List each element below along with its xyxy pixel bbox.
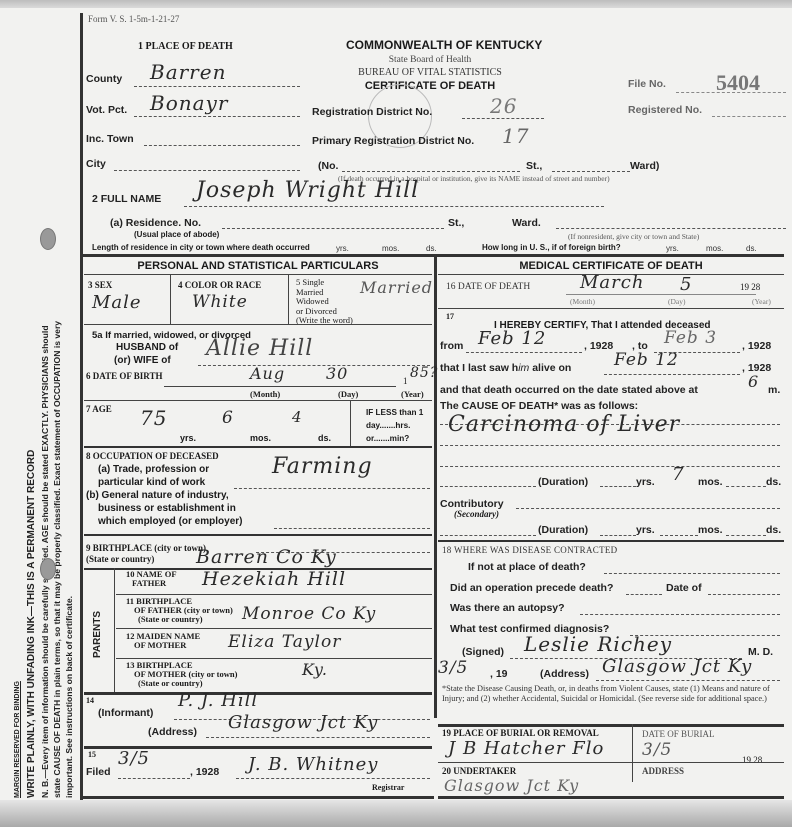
date-of-death-day: 5 bbox=[680, 274, 692, 295]
city-label: City bbox=[86, 158, 106, 170]
full-name-value: Joseph Wright Hill bbox=[196, 178, 419, 203]
occ-b-label-3: which employed (or employer) bbox=[98, 516, 242, 527]
sex-value: Male bbox=[92, 292, 142, 313]
occ-a-label-1: (a) Trade, profession or bbox=[98, 464, 209, 475]
age-months: 6 bbox=[222, 408, 234, 428]
duration-ds-label: ds. bbox=[766, 476, 781, 488]
signed-label: (Signed) bbox=[462, 646, 504, 658]
punch-hole bbox=[40, 228, 56, 250]
race-value: White bbox=[192, 292, 248, 312]
attended-from-label: from bbox=[440, 340, 463, 352]
less-than-day-box: IF LESS than 1 day.......hrs. or.......m… bbox=[366, 406, 423, 445]
filed-date: 3/5 bbox=[118, 748, 150, 769]
personal-heading: PERSONAL AND STATISTICAL PARTICULARS bbox=[84, 260, 432, 272]
registrar-label: Registrar bbox=[372, 783, 404, 792]
street-st-label: St., bbox=[526, 160, 542, 172]
informant-num: 14 bbox=[86, 696, 94, 705]
parents-label: PARENTS bbox=[92, 611, 103, 658]
length-residence-label: Length of residence in city or town wher… bbox=[92, 243, 310, 252]
marital-status-value: Married bbox=[360, 278, 433, 297]
duration-months-value: 7 bbox=[672, 464, 684, 485]
board-of-health: State Board of Health bbox=[340, 55, 520, 65]
death-certificate: MARGIN RESERVED FOR BINDING WRITE PLAINL… bbox=[0, 8, 792, 808]
burial-date-year: 19 28 bbox=[742, 755, 762, 765]
duration-label: (Duration) bbox=[538, 476, 588, 488]
informant-value: P. J. Hill bbox=[178, 690, 258, 711]
column-divider bbox=[434, 256, 437, 718]
date-of-death-month: March bbox=[580, 272, 644, 293]
occupation-value: Farming bbox=[272, 454, 373, 479]
contrib-mos-label: mos. bbox=[698, 524, 723, 536]
burial-date-label: DATE OF BURIAL bbox=[642, 729, 715, 739]
us-mos-label: mos. bbox=[706, 244, 723, 253]
street-no-label: (No. bbox=[318, 160, 338, 172]
primary-reg-label: Primary Registration District No. bbox=[312, 135, 474, 147]
registrar-signature: J. B. Whitney bbox=[248, 754, 378, 775]
undertaker-value: Glasgow Jct Ky bbox=[444, 776, 579, 795]
last-saw-label: that I last saw him alive on bbox=[440, 362, 571, 374]
dod-year-caption: (Year) bbox=[752, 297, 771, 306]
operation-label: Did an operation precede death? bbox=[450, 582, 613, 594]
birthplace-value: Barren Co Ky bbox=[196, 546, 337, 568]
last-saw-value: Feb 12 bbox=[614, 350, 679, 370]
cause-footnote: *State the Disease Causing Death, or, in… bbox=[442, 684, 778, 703]
nonresident-note: (If nonresident, give city or town and S… bbox=[568, 232, 699, 241]
death-time-value: 6 bbox=[748, 372, 759, 391]
us-ds-label: ds. bbox=[746, 244, 757, 253]
spouse-label-2: HUSBAND of bbox=[116, 342, 178, 353]
not-at-place-label: If not at place of death? bbox=[468, 561, 586, 573]
month-caption: (Month) bbox=[250, 389, 280, 399]
marital-status-label: 5 Single Married Widowed or Divorced (Wr… bbox=[296, 278, 353, 326]
margin-reserved-note: MARGIN RESERVED FOR BINDING bbox=[14, 681, 21, 798]
reg-district-value: 26 bbox=[490, 94, 517, 118]
frame-left bbox=[80, 13, 83, 803]
occupation-heading: 8 OCCUPATION OF DECEASED bbox=[86, 451, 219, 461]
physician-address-value: Glasgow Jct Ky bbox=[602, 656, 752, 677]
cause-of-death-label: The CAUSE OF DEATH* was as follows: bbox=[440, 400, 638, 412]
length-yrs-label: yrs. bbox=[336, 244, 349, 253]
length-mos-label: mos. bbox=[382, 244, 399, 253]
residence-st-label: St., bbox=[448, 217, 464, 229]
father-birthplace-label: 11 BIRTHPLACE OF FATHER (city or town) (… bbox=[126, 597, 233, 624]
mother-maiden-label: 12 MAIDEN NAME OF MOTHER bbox=[126, 632, 200, 650]
cause-of-death-value: Carcinoma of Liver bbox=[448, 412, 680, 437]
spouse-label-3: (or) WIFE of bbox=[114, 355, 171, 366]
dob-month: Aug bbox=[250, 364, 285, 383]
county-value: Barren bbox=[150, 60, 226, 84]
inc-town-label: Inc. Town bbox=[86, 133, 134, 145]
dod-month-caption: (Month) bbox=[570, 297, 595, 306]
burial-place-value: J B Hatcher Flo bbox=[448, 738, 604, 759]
contrib-duration-label: (Duration) bbox=[538, 524, 588, 536]
us-yrs-label: yrs. bbox=[666, 244, 679, 253]
foreign-birth-label: How long in U. S., if of foreign birth? bbox=[482, 243, 621, 252]
birthplace-label: 9 BIRTHPLACE (city or town) bbox=[86, 543, 206, 553]
attended-to-year: , 1928 bbox=[742, 340, 771, 352]
attended-from-year: , 1928 bbox=[584, 340, 613, 352]
race-label: 4 COLOR OR RACE bbox=[178, 280, 261, 290]
age-label: 7 AGE bbox=[86, 404, 112, 414]
undertaker-address-label: ADDRESS bbox=[642, 766, 684, 776]
signed-date: 3/5 bbox=[438, 658, 468, 678]
file-no-label: File No. bbox=[628, 78, 666, 90]
father-name-value: Hezekiah Hill bbox=[202, 568, 346, 590]
burial-place-label: 19 PLACE OF BURIAL OR REMOVAL bbox=[442, 728, 599, 738]
binding-margin: MARGIN RESERVED FOR BINDING WRITE PLAINL… bbox=[0, 8, 78, 808]
punch-hole bbox=[40, 558, 56, 580]
filed-num: 15 bbox=[88, 750, 96, 759]
attended-from-value: Feb 12 bbox=[478, 328, 546, 349]
age-years: 75 bbox=[140, 406, 167, 430]
contrib-ds-label: ds. bbox=[766, 524, 781, 536]
filed-label: Filed bbox=[86, 766, 111, 778]
instruction-line-3: important. See instructions on back of c… bbox=[64, 596, 74, 798]
dob-year-prefix: 1 bbox=[403, 376, 408, 386]
occ-b-label-1: (b) General nature of industry, bbox=[86, 490, 229, 501]
mother-birthplace-label: 13 BIRTHPLACE OF MOTHER (city or town) (… bbox=[126, 661, 237, 688]
registered-no-label: Registered No. bbox=[628, 104, 702, 116]
ward-label: Ward) bbox=[630, 160, 659, 172]
section-divider bbox=[82, 254, 784, 257]
certificate-title: CERTIFICATE OF DEATH bbox=[340, 80, 520, 92]
instruction-line-2: state CAUSE OF DEATH in plain terms, so … bbox=[52, 321, 62, 798]
usual-place-note: (Usual place of abode) bbox=[134, 230, 219, 239]
residence-label: (a) Residence. No. bbox=[110, 217, 201, 229]
age-days: 4 bbox=[292, 408, 303, 426]
age-mos-label: mos. bbox=[250, 433, 271, 443]
medical-heading: MEDICAL CERTIFICATE OF DEATH bbox=[438, 260, 784, 272]
dob-day: 30 bbox=[326, 364, 348, 383]
secondary-label: (Secondary) bbox=[454, 509, 499, 519]
year-caption: (Year) bbox=[401, 389, 424, 399]
father-name-label: 10 NAME OF FATHER bbox=[126, 570, 177, 588]
autopsy-label: Was there an autopsy? bbox=[450, 602, 565, 614]
disease-contracted-heading: 18 WHERE WAS DISEASE CONTRACTED bbox=[442, 545, 617, 555]
day-caption: (Day) bbox=[338, 389, 358, 399]
undertaker-label: 20 UNDERTAKER bbox=[442, 766, 516, 776]
dob-year: 85? bbox=[410, 365, 438, 381]
full-name-label: 2 FULL NAME bbox=[92, 193, 161, 205]
mother-birthplace-value: Ky. bbox=[302, 660, 328, 679]
operation-date-label: Date of bbox=[666, 582, 702, 594]
age-yrs-label: yrs. bbox=[180, 433, 196, 443]
duration-yrs-label: yrs. bbox=[636, 476, 655, 488]
file-no-value: 5404 bbox=[716, 70, 760, 96]
physician-address-label: (Address) bbox=[540, 668, 589, 680]
burial-date-value: 3/5 bbox=[642, 740, 672, 760]
commonwealth-title: COMMONWEALTH OF KENTUCKY bbox=[346, 38, 542, 52]
informant-address-label: (Address) bbox=[148, 726, 197, 738]
death-time-label: and that death occurred on the date stat… bbox=[440, 384, 698, 396]
spouse-value: Allie Hill bbox=[206, 336, 313, 361]
contrib-yrs-label: yrs. bbox=[636, 524, 655, 536]
physician-signature: Leslie Richey bbox=[524, 632, 672, 656]
filed-year: , 1928 bbox=[190, 766, 219, 778]
dob-label: 6 DATE OF BIRTH bbox=[86, 371, 162, 381]
death-time-suffix: m. bbox=[768, 384, 780, 396]
write-plainly-note: WRITE PLAINLY, WITH UNFADING INK—THIS IS… bbox=[26, 450, 37, 798]
age-ds-label: ds. bbox=[318, 433, 331, 443]
scan-bottom-edge bbox=[0, 800, 792, 827]
date-of-death-year: 19 28 bbox=[740, 282, 760, 292]
length-ds-label: ds. bbox=[426, 244, 437, 253]
bureau-title: BUREAU OF VITAL STATISTICS bbox=[330, 67, 530, 78]
county-label: County bbox=[86, 73, 122, 85]
form-id: Form V. S. 1-5m-1-21-27 bbox=[88, 14, 179, 24]
occ-a-label-2: particular kind of work bbox=[98, 477, 205, 488]
birthplace-state-label: (State or country) bbox=[86, 554, 154, 564]
date-of-death-label: 16 DATE OF DEATH bbox=[446, 282, 530, 292]
dod-day-caption: (Day) bbox=[668, 297, 686, 306]
informant-address-value: Glasgow Jct Ky bbox=[228, 712, 378, 733]
attended-to-value: Feb 3 bbox=[664, 328, 717, 348]
duration-mos-label: mos. bbox=[698, 476, 723, 488]
place-of-death-heading: 1 PLACE OF DEATH bbox=[138, 41, 233, 52]
reg-district-label: Registration District No. bbox=[312, 106, 432, 118]
sex-label: 3 SEX bbox=[88, 280, 112, 290]
item-17-num: 17 bbox=[446, 312, 454, 321]
father-birthplace-value: Monroe Co Ky bbox=[242, 604, 376, 624]
occ-b-label-2: business or establishment in bbox=[98, 503, 236, 514]
informant-label: (Informant) bbox=[98, 707, 153, 719]
residence-ward-label: Ward. bbox=[512, 217, 541, 229]
vot-pct-label: Vot. Pct. bbox=[86, 104, 127, 116]
signed-year: , 19 bbox=[490, 668, 508, 680]
primary-reg-value: 17 bbox=[502, 124, 529, 148]
vot-pct-value: Bonayr bbox=[150, 91, 228, 115]
mother-maiden-value: Eliza Taylor bbox=[228, 632, 341, 652]
